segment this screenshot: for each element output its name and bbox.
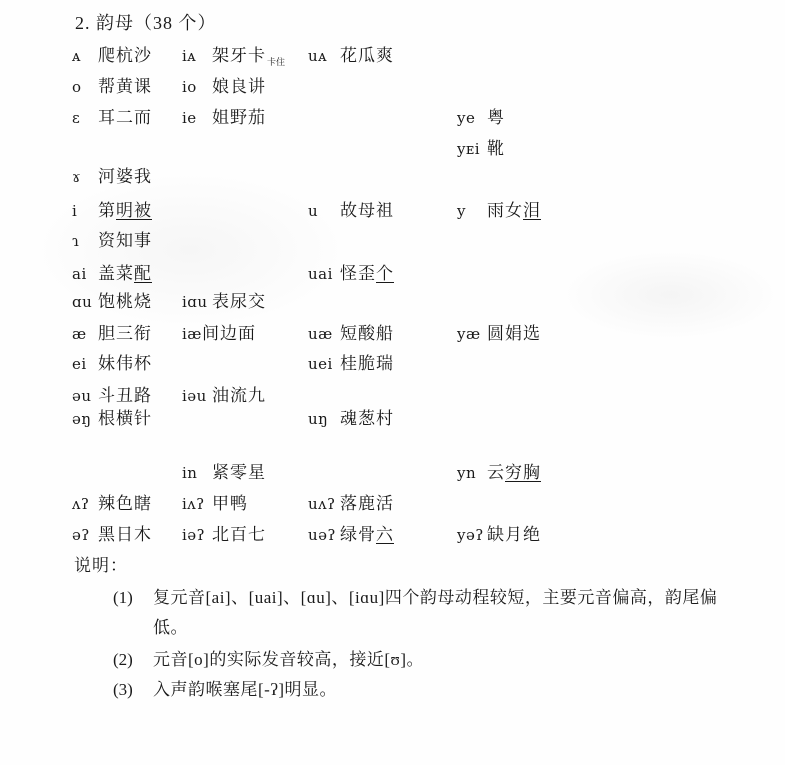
example-characters: 资知事 bbox=[98, 226, 152, 251]
ipa-symbol: uai bbox=[308, 265, 340, 283]
ipa-symbol: iᴀ bbox=[182, 47, 212, 65]
plain-characters: 间边面 bbox=[202, 324, 256, 343]
final-entry: ᴀ爬杭沙 bbox=[72, 41, 152, 66]
final-entry: ɿ资知事 bbox=[72, 226, 152, 251]
ipa-symbol: ye bbox=[457, 109, 487, 127]
example-characters: 故母祖 bbox=[340, 196, 394, 221]
final-entry: ie姐野茄 bbox=[182, 103, 266, 128]
notes-heading: 说明： bbox=[74, 551, 128, 576]
plain-characters: 紧零星 bbox=[212, 463, 266, 482]
plain-characters: 落鹿活 bbox=[340, 494, 394, 513]
note-item: (1)复元音[ai]、[uai]、[ɑu]、[iɑu]四个韵母动程较短，主要元音… bbox=[113, 583, 749, 643]
plain-characters: 斗丑路 bbox=[98, 386, 152, 405]
plain-characters: 饱桃烧 bbox=[98, 292, 152, 311]
example-characters: 姐野茄 bbox=[212, 103, 266, 128]
finals-row: æ胆三衔iæ间边面uæ短酸船yæ圆娟选 bbox=[0, 319, 785, 343]
ipa-symbol: ɿ bbox=[72, 232, 98, 250]
finals-row: əŋ根横针uŋ魂葱村 bbox=[0, 404, 785, 428]
note-text: 复元音[ai]、[uai]、[ɑu]、[iɑu]四个韵母动程较短，主要元音偏高，… bbox=[153, 583, 749, 643]
ipa-symbol: u bbox=[308, 202, 340, 220]
ipa-symbol: əŋ bbox=[72, 410, 98, 428]
underlined-characters: 个 bbox=[376, 264, 394, 283]
final-entry: ɛ耳二而 bbox=[72, 103, 152, 128]
example-characters: 缺月绝 bbox=[487, 520, 541, 545]
finals-row: ɑu饱桃烧iɑu表尿交 bbox=[0, 287, 785, 311]
final-entry: yæ圆娟选 bbox=[457, 319, 541, 344]
final-entry: iəu油流九 bbox=[182, 381, 266, 406]
final-entry: iᴀ架牙卡卡住 bbox=[182, 41, 285, 66]
example-characters: 云穷胸 bbox=[487, 458, 541, 483]
example-characters: 落鹿活 bbox=[340, 489, 394, 514]
plain-characters: 缺月绝 bbox=[487, 525, 541, 544]
final-entry: uŋ魂葱村 bbox=[308, 404, 394, 429]
plain-characters: 娘良讲 bbox=[212, 77, 266, 96]
final-entry: y雨女泪 bbox=[457, 196, 541, 221]
ipa-symbol: əʔ bbox=[72, 526, 98, 544]
example-characters: 第明被 bbox=[98, 196, 152, 221]
example-characters: 雨女泪 bbox=[487, 196, 541, 221]
final-entry: iɑu表尿交 bbox=[182, 287, 266, 312]
ipa-symbol: in bbox=[182, 464, 212, 482]
document-page: 2. 韵母（38 个） ᴀ爬杭沙iᴀ架牙卡卡住uᴀ花瓜爽o帮黄课io娘良讲ɛ耳二… bbox=[0, 0, 785, 765]
example-characters: 黑日木 bbox=[98, 520, 152, 545]
ipa-symbol: uæ bbox=[308, 325, 340, 343]
ipa-symbol: uʌʔ bbox=[308, 495, 340, 513]
plain-characters: 爬杭沙 bbox=[98, 46, 152, 65]
example-characters: 靴 bbox=[487, 134, 505, 159]
final-entry: ei妹伟杯 bbox=[72, 349, 152, 374]
final-entry: uæ短酸船 bbox=[308, 319, 394, 344]
plain-characters: 甲鸭 bbox=[212, 494, 248, 513]
plain-characters: 北百七 bbox=[212, 525, 266, 544]
example-note-subscript: 卡住 bbox=[267, 55, 285, 68]
example-characters: 粤 bbox=[487, 103, 505, 128]
ipa-symbol: yæ bbox=[457, 325, 487, 343]
underlined-characters: 配 bbox=[134, 264, 152, 283]
plain-characters: 第 bbox=[98, 201, 116, 220]
finals-row: ɛ耳二而ie姐野茄ye粤 bbox=[0, 103, 785, 127]
plain-characters: 魂葱村 bbox=[340, 409, 394, 428]
example-characters: 帮黄课 bbox=[98, 72, 152, 97]
ipa-symbol: ʌʔ bbox=[72, 495, 98, 513]
example-characters: 斗丑路 bbox=[98, 381, 152, 406]
finals-row: i第明被u故母祖y雨女泪 bbox=[0, 196, 785, 220]
example-characters: 耳二而 bbox=[98, 103, 152, 128]
final-entry: yəʔ缺月绝 bbox=[457, 520, 541, 545]
ipa-symbol: iəʔ bbox=[182, 526, 212, 544]
plain-characters: 雨女 bbox=[487, 201, 523, 220]
example-characters: 花瓜爽 bbox=[340, 41, 394, 66]
finals-row: əu斗丑路iəu油流九 bbox=[0, 381, 785, 405]
ipa-symbol: uei bbox=[308, 355, 340, 373]
final-entry: yn云穷胸 bbox=[457, 458, 541, 483]
example-characters: 胆三衔 bbox=[98, 319, 152, 344]
plain-characters: 架牙卡 bbox=[212, 46, 266, 65]
example-characters: 圆娟选 bbox=[487, 319, 541, 344]
ipa-symbol: uəʔ bbox=[308, 526, 340, 544]
example-characters: 表尿交 bbox=[212, 287, 266, 312]
example-characters: 油流九 bbox=[212, 381, 266, 406]
final-entry: u故母祖 bbox=[308, 196, 394, 221]
example-characters: 爬杭沙 bbox=[98, 41, 152, 66]
finals-row: o帮黄课io娘良讲 bbox=[0, 72, 785, 96]
plain-characters: 帮黄课 bbox=[98, 77, 152, 96]
plain-characters: 胆三衔 bbox=[98, 324, 152, 343]
final-entry: uʌʔ落鹿活 bbox=[308, 489, 394, 514]
plain-characters: 云 bbox=[487, 463, 505, 482]
example-characters: 妹伟杯 bbox=[98, 349, 152, 374]
ipa-symbol: əu bbox=[72, 387, 98, 405]
ipa-symbol: i bbox=[72, 202, 98, 220]
note-text: 元音[o]的实际发音较高，接近[ʊ]。 bbox=[153, 645, 749, 675]
example-characters: 根横针 bbox=[98, 404, 152, 429]
finals-row: ɿ资知事 bbox=[0, 226, 785, 250]
plain-characters: 资知事 bbox=[98, 231, 152, 250]
example-characters: 辣色瞎 bbox=[98, 489, 152, 514]
ipa-symbol: iəu bbox=[182, 387, 212, 405]
finals-row: ᴀ爬杭沙iᴀ架牙卡卡住uᴀ花瓜爽 bbox=[0, 41, 785, 65]
example-characters: 间边面 bbox=[202, 319, 256, 344]
finals-row: ɤ河婆我 bbox=[0, 162, 785, 186]
note-number: (1) bbox=[113, 583, 153, 613]
example-characters: 短酸船 bbox=[340, 319, 394, 344]
final-entry: yᴇi靴 bbox=[457, 134, 505, 159]
final-entry: iʌʔ甲鸭 bbox=[182, 489, 248, 514]
example-characters: 北百七 bbox=[212, 520, 266, 545]
underlined-characters: 穷胸 bbox=[505, 463, 541, 482]
final-entry: ɑu饱桃烧 bbox=[72, 287, 152, 312]
finals-row: ai盖菜配uai怪歪个 bbox=[0, 259, 785, 283]
plain-characters: 根横针 bbox=[98, 409, 152, 428]
underlined-characters: 泪 bbox=[523, 201, 541, 220]
ipa-symbol: yəʔ bbox=[457, 526, 487, 544]
final-entry: uəʔ绿骨六 bbox=[308, 520, 394, 545]
example-characters: 魂葱村 bbox=[340, 404, 394, 429]
example-characters: 绿骨六 bbox=[340, 520, 394, 545]
note-text: 入声韵喉塞尾[-ʔ]明显。 bbox=[153, 675, 749, 705]
plain-characters: 盖菜 bbox=[98, 264, 134, 283]
ipa-symbol: ei bbox=[72, 355, 98, 373]
example-characters: 娘良讲 bbox=[212, 72, 266, 97]
final-entry: iəʔ北百七 bbox=[182, 520, 266, 545]
ipa-symbol: iʌʔ bbox=[182, 495, 212, 513]
finals-row: yᴇi靴 bbox=[0, 134, 785, 158]
finals-row: ei妹伟杯uei桂脆瑞 bbox=[0, 349, 785, 373]
final-entry: əŋ根横针 bbox=[72, 404, 152, 429]
plain-characters: 绿骨 bbox=[340, 525, 376, 544]
example-characters: 盖菜配 bbox=[98, 259, 152, 284]
underlined-characters: 六 bbox=[376, 525, 394, 544]
finals-row: əʔ黑日木iəʔ北百七uəʔ绿骨六yəʔ缺月绝 bbox=[0, 520, 785, 544]
ipa-symbol: ɤ bbox=[72, 168, 98, 186]
final-entry: in紧零星 bbox=[182, 458, 266, 483]
plain-characters: 妹伟杯 bbox=[98, 354, 152, 373]
plain-characters: 圆娟选 bbox=[487, 324, 541, 343]
plain-characters: 油流九 bbox=[212, 386, 266, 405]
plain-characters: 耳二而 bbox=[98, 108, 152, 127]
ipa-symbol: yᴇi bbox=[457, 140, 487, 158]
final-entry: ai盖菜配 bbox=[72, 259, 152, 284]
final-entry: əʔ黑日木 bbox=[72, 520, 152, 545]
final-entry: uei桂脆瑞 bbox=[308, 349, 394, 374]
ipa-symbol: ie bbox=[182, 109, 212, 127]
ipa-symbol: ᴀ bbox=[72, 47, 98, 65]
plain-characters: 靴 bbox=[487, 139, 505, 158]
ipa-symbol: y bbox=[457, 202, 487, 220]
final-entry: uᴀ花瓜爽 bbox=[308, 41, 394, 66]
ipa-symbol: yn bbox=[457, 464, 487, 482]
example-characters: 饱桃烧 bbox=[98, 287, 152, 312]
example-characters: 架牙卡 bbox=[212, 41, 266, 66]
note-item: (2)元音[o]的实际发音较高，接近[ʊ]。 bbox=[113, 645, 749, 675]
plain-characters: 故母祖 bbox=[340, 201, 394, 220]
note-item: (3)入声韵喉塞尾[-ʔ]明显。 bbox=[113, 675, 749, 705]
ipa-symbol: iɑu bbox=[182, 293, 212, 311]
ipa-symbol: ai bbox=[72, 265, 98, 283]
plain-characters: 表尿交 bbox=[212, 292, 266, 311]
plain-characters: 短酸船 bbox=[340, 324, 394, 343]
example-characters: 桂脆瑞 bbox=[340, 349, 394, 374]
plain-characters: 怪歪 bbox=[340, 264, 376, 283]
example-characters: 怪歪个 bbox=[340, 259, 394, 284]
plain-characters: 黑日木 bbox=[98, 525, 152, 544]
ipa-symbol: æ bbox=[72, 325, 98, 343]
ipa-symbol: ɛ bbox=[72, 109, 98, 127]
ipa-symbol: uᴀ bbox=[308, 47, 340, 65]
final-entry: əu斗丑路 bbox=[72, 381, 152, 406]
finals-row: in紧零星yn云穷胸 bbox=[0, 458, 785, 482]
ipa-symbol: iæ bbox=[182, 325, 202, 343]
plain-characters: 桂脆瑞 bbox=[340, 354, 394, 373]
final-entry: ye粤 bbox=[457, 103, 505, 128]
note-number: (2) bbox=[113, 645, 153, 675]
final-entry: o帮黄课 bbox=[72, 72, 152, 97]
final-entry: uai怪歪个 bbox=[308, 259, 394, 284]
plain-characters: 河婆我 bbox=[98, 167, 152, 186]
plain-characters: 姐野茄 bbox=[212, 108, 266, 127]
underlined-characters: 明被 bbox=[116, 201, 152, 220]
note-number: (3) bbox=[113, 675, 153, 705]
plain-characters: 粤 bbox=[487, 108, 505, 127]
finals-row: ʌʔ辣色瞎iʌʔ甲鸭uʌʔ落鹿活 bbox=[0, 489, 785, 513]
example-characters: 甲鸭 bbox=[212, 489, 248, 514]
plain-characters: 花瓜爽 bbox=[340, 46, 394, 65]
ipa-symbol: io bbox=[182, 78, 212, 96]
final-entry: iæ间边面 bbox=[182, 319, 256, 344]
ipa-symbol: o bbox=[72, 78, 98, 96]
final-entry: io娘良讲 bbox=[182, 72, 266, 97]
ipa-symbol: uŋ bbox=[308, 410, 340, 428]
section-title: 2. 韵母（38 个） bbox=[75, 9, 217, 35]
final-entry: æ胆三衔 bbox=[72, 319, 152, 344]
example-characters: 河婆我 bbox=[98, 162, 152, 187]
final-entry: ʌʔ辣色瞎 bbox=[72, 489, 152, 514]
example-characters: 紧零星 bbox=[212, 458, 266, 483]
ipa-symbol: ɑu bbox=[72, 293, 98, 311]
plain-characters: 辣色瞎 bbox=[98, 494, 152, 513]
final-entry: ɤ河婆我 bbox=[72, 162, 152, 187]
final-entry: i第明被 bbox=[72, 196, 152, 221]
